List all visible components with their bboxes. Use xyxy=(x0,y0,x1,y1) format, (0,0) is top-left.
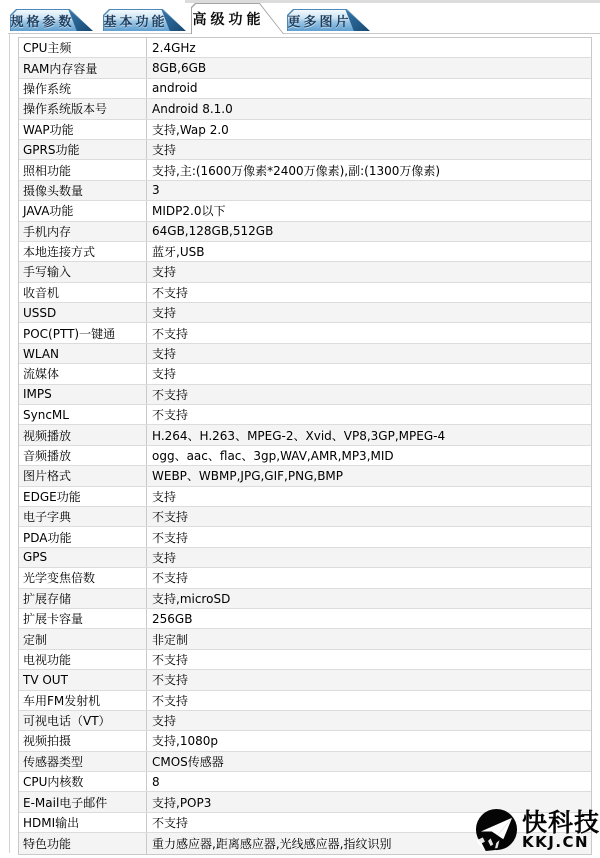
spec-value: 支持 xyxy=(147,487,591,506)
table-row: 车用FM发射机 不支持 xyxy=(19,691,591,711)
spec-label: RAM内存容量 xyxy=(19,58,147,77)
spec-label: GPRS功能 xyxy=(19,140,147,159)
spec-label: 视频拍摄 xyxy=(19,731,147,750)
spec-value: 不支持 xyxy=(147,323,591,342)
paper-plane-logo-icon xyxy=(474,808,519,853)
table-row: TV OUT 不支持 xyxy=(19,670,591,690)
spec-label: TV OUT xyxy=(19,670,147,689)
watermark-brand: 快科技 xyxy=(522,811,600,835)
watermark-site: KKJ.CN xyxy=(522,835,589,850)
spec-label: 本地连接方式 xyxy=(19,242,147,261)
spec-label: 扩展存储 xyxy=(19,589,147,608)
spec-label: 传感器类型 xyxy=(19,752,147,771)
tab-more-images[interactable]: 更多图片 xyxy=(287,9,370,31)
tab-label: 规格参数 xyxy=(12,9,73,31)
spec-value: 支持 xyxy=(147,262,591,281)
spec-value: 不支持 xyxy=(147,691,591,710)
spec-value: 支持 xyxy=(147,140,591,159)
spec-label: 手机内存 xyxy=(19,222,147,241)
table-row: RAM内存容量 8GB,6GB xyxy=(19,58,591,78)
spec-value: 支持,主:(1600万像素*2400万像素),副:(1300万像素) xyxy=(147,160,591,179)
spec-value: 支持 xyxy=(147,548,591,567)
table-row: 操作系统版本号 Android 8.1.0 xyxy=(19,99,591,119)
spec-value: 非定制 xyxy=(147,629,591,648)
table-row: CPU内核数 8 xyxy=(19,772,591,792)
table-row: POC(PTT)一键通 不支持 xyxy=(19,323,591,343)
spec-label: POC(PTT)一键通 xyxy=(19,323,147,342)
table-row: PDA功能 不支持 xyxy=(19,527,591,547)
table-row: GPRS功能 支持 xyxy=(19,140,591,160)
spec-label: 操作系统 xyxy=(19,79,147,98)
spec-label: CPU主频 xyxy=(19,38,147,57)
spec-value: 3 xyxy=(147,181,591,200)
spec-value: 不支持 xyxy=(147,650,591,669)
spec-value: 蓝牙,USB xyxy=(147,242,591,261)
spec-label: WAP功能 xyxy=(19,120,147,139)
table-row: 本地连接方式 蓝牙,USB xyxy=(19,242,591,262)
table-row: 视频拍摄 支持,1080p xyxy=(19,731,591,751)
spec-value: 不支持 xyxy=(147,283,591,302)
spec-value: 不支持 xyxy=(147,405,591,424)
spec-value: H.264、H.263、MPEG-2、Xvid、VP8,3GP,MPEG-4 xyxy=(147,425,591,444)
spec-label: 流媒体 xyxy=(19,364,147,383)
table-row: 摄像头数量 3 xyxy=(19,181,591,201)
table-row: CPU主频 2.4GHz xyxy=(19,38,591,58)
spec-value: 不支持 xyxy=(147,670,591,689)
spec-label: 操作系统版本号 xyxy=(19,99,147,118)
spec-value: 不支持 xyxy=(147,507,591,526)
spec-value: 支持 xyxy=(147,364,591,383)
table-row: 视频播放 H.264、H.263、MPEG-2、Xvid、VP8,3GP,MPE… xyxy=(19,425,591,445)
table-row: IMPS 不支持 xyxy=(19,385,591,405)
spec-value: CMOS传感器 xyxy=(147,752,591,771)
spec-value: 不支持 xyxy=(147,385,591,404)
spec-value: MIDP2.0以下 xyxy=(147,201,591,220)
spec-label: CPU内核数 xyxy=(19,772,147,791)
table-row: 照相功能 支持,主:(1600万像素*2400万像素),副:(1300万像素) xyxy=(19,160,591,180)
spec-label: USSD xyxy=(19,303,147,322)
table-row: 操作系统 android xyxy=(19,79,591,99)
spec-value: 支持,Wap 2.0 xyxy=(147,120,591,139)
spec-value: 支持,1080p xyxy=(147,731,591,750)
table-row: 手机内存 64GB,128GB,512GB xyxy=(19,222,591,242)
spec-table: CPU主频 2.4GHz RAM内存容量 8GB,6GB 操作系统 androi… xyxy=(18,37,592,855)
spec-value: ogg、aac、flac、3gp,WAV,AMR,MP3,MID xyxy=(147,446,591,465)
spec-value: 不支持 xyxy=(147,568,591,587)
spec-value: 支持 xyxy=(147,344,591,363)
spec-label: 车用FM发射机 xyxy=(19,691,147,710)
spec-label: 图片格式 xyxy=(19,466,147,485)
spec-label: 扩展卡容量 xyxy=(19,609,147,628)
table-row: 收音机 不支持 xyxy=(19,283,591,303)
spec-value: 8GB,6GB xyxy=(147,58,591,77)
tab-label: 更多图片 xyxy=(289,9,350,31)
table-row: JAVA功能 MIDP2.0以下 xyxy=(19,201,591,221)
spec-label: 音频播放 xyxy=(19,446,147,465)
table-row: USSD 支持 xyxy=(19,303,591,323)
spec-value: 支持,microSD xyxy=(147,589,591,608)
spec-label: 照相功能 xyxy=(19,160,147,179)
table-row: WAP功能 支持,Wap 2.0 xyxy=(19,120,591,140)
spec-label: 光学变焦倍数 xyxy=(19,568,147,587)
spec-label: 可视电话（VT） xyxy=(19,711,147,730)
spec-label: 收音机 xyxy=(19,283,147,302)
spec-value: 8 xyxy=(147,772,591,791)
spec-value: WEBP、WBMP,JPG,GIF,PNG,BMP xyxy=(147,466,591,485)
table-row: EDGE功能 支持 xyxy=(19,487,591,507)
spec-value: 不支持 xyxy=(147,527,591,546)
spec-label: 视频播放 xyxy=(19,425,147,444)
spec-label: 手写输入 xyxy=(19,262,147,281)
spec-label: PDA功能 xyxy=(19,527,147,546)
table-row: 扩展卡容量 256GB xyxy=(19,609,591,629)
table-row: 传感器类型 CMOS传感器 xyxy=(19,752,591,772)
table-row: GPS 支持 xyxy=(19,548,591,568)
table-row: 定制 非定制 xyxy=(19,629,591,649)
spec-label: SyncML xyxy=(19,405,147,424)
spec-label: WLAN xyxy=(19,344,147,363)
spec-label: 电视功能 xyxy=(19,650,147,669)
spec-label: EDGE功能 xyxy=(19,487,147,506)
table-row: SyncML 不支持 xyxy=(19,405,591,425)
spec-label: 特色功能 xyxy=(19,833,147,853)
tab-label: 基本功能 xyxy=(105,9,166,31)
table-row: 可视电话（VT） 支持 xyxy=(19,711,591,731)
spec-label: HDMI输出 xyxy=(19,813,147,832)
spec-label: 电子字典 xyxy=(19,507,147,526)
spec-label: 定制 xyxy=(19,629,147,648)
tab-advanced-features[interactable]: 高级功能 xyxy=(191,3,284,34)
spec-label: 摄像头数量 xyxy=(19,181,147,200)
content-left-border xyxy=(9,33,10,853)
spec-value: 256GB xyxy=(147,609,591,628)
spec-label: IMPS xyxy=(19,385,147,404)
table-row: 电子字典 不支持 xyxy=(19,507,591,527)
table-row: 流媒体 支持 xyxy=(19,364,591,384)
tab-bar: 规格参数 基本功能 高级功能 更多图片 xyxy=(0,0,600,34)
spec-value: 2.4GHz xyxy=(147,38,591,57)
spec-value: Android 8.1.0 xyxy=(147,99,591,118)
table-row: 音频播放 ogg、aac、flac、3gp,WAV,AMR,MP3,MID xyxy=(19,446,591,466)
tab-basic-features[interactable]: 基本功能 xyxy=(103,9,186,31)
table-row: 电视功能 不支持 xyxy=(19,650,591,670)
spec-label: E-Mail电子邮件 xyxy=(19,792,147,811)
spec-value: 64GB,128GB,512GB xyxy=(147,222,591,241)
spec-label: GPS xyxy=(19,548,147,567)
table-row: 光学变焦倍数 不支持 xyxy=(19,568,591,588)
table-row: WLAN 支持 xyxy=(19,344,591,364)
table-row: 手写输入 支持 xyxy=(19,262,591,282)
watermark: 快科技 KKJ.CN xyxy=(474,808,600,853)
spec-label: JAVA功能 xyxy=(19,201,147,220)
tab-label: 高级功能 xyxy=(193,3,264,34)
spec-value: 支持 xyxy=(147,711,591,730)
content-top-border xyxy=(8,33,600,34)
spec-value: android xyxy=(147,79,591,98)
tab-spec-params[interactable]: 规格参数 xyxy=(10,9,93,31)
table-row: 图片格式 WEBP、WBMP,JPG,GIF,PNG,BMP xyxy=(19,466,591,486)
spec-value: 支持 xyxy=(147,303,591,322)
table-row: 扩展存储 支持,microSD xyxy=(19,589,591,609)
